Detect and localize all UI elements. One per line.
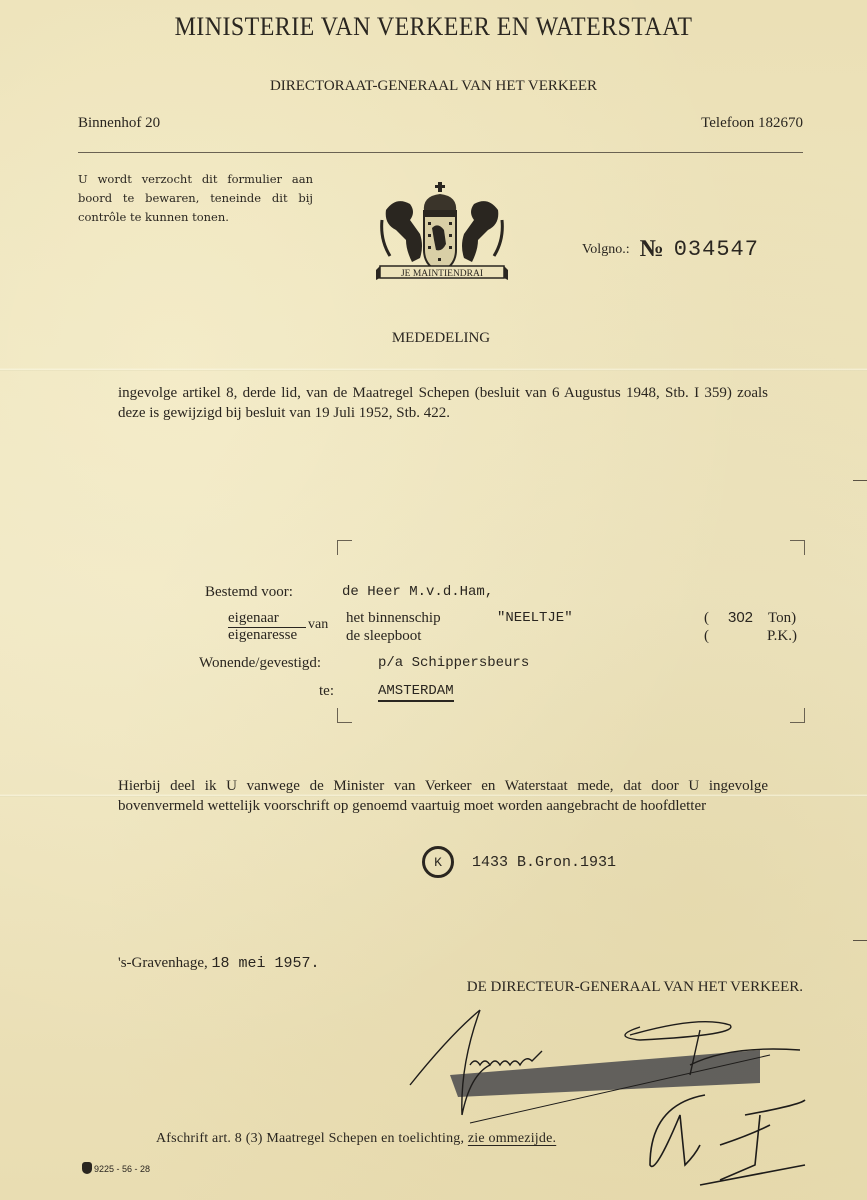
paren-open: (: [704, 628, 709, 645]
power-unit: P.K.): [767, 628, 797, 645]
city-label: te:: [319, 683, 334, 700]
paper-fold: [0, 368, 867, 371]
date: 18 mei 1957.: [212, 955, 320, 972]
residence-label: Wonende/gevestigd:: [199, 655, 321, 672]
legal-basis-text: ingevolge artikel 8, derde lid, van de M…: [118, 383, 768, 423]
numero-icon: №: [640, 236, 664, 262]
corner-bracket: [337, 540, 352, 555]
city-value: AMSTERDAM: [378, 683, 454, 702]
destined-label: Bestemd voor:: [205, 584, 293, 601]
edge-mark: [853, 940, 867, 941]
see-reverse-link: zie ommezijde.: [468, 1131, 556, 1146]
of-label: van: [308, 617, 328, 633]
footnote: Afschrift art. 8 (3) Maatregel Schepen e…: [156, 1131, 556, 1147]
edge-mark: [853, 480, 867, 481]
paren-open: (: [704, 610, 709, 627]
vessel-type-barge: het binnenschip: [346, 610, 441, 627]
place-date: 's-Gravenhage, 18 mei 1957.: [118, 955, 320, 972]
crest-motto: JE MAINTIENDRAI: [401, 269, 483, 279]
directorate-subtitle: DIRECTORAAT-GENERAAL VAN HET VERKEER: [0, 78, 867, 95]
header-divider: [78, 152, 803, 153]
serial-number: Volgno.:№034547: [582, 236, 759, 263]
coat-of-arms-icon: JE MAINTIENDRAI: [376, 180, 508, 282]
printer-mark: 9225 - 56 - 28: [82, 1162, 150, 1174]
corner-bracket: [790, 540, 805, 555]
footnote-text: Afschrift art. 8 (3) Maatregel Schepen e…: [156, 1131, 468, 1146]
signature-icon: [400, 1005, 820, 1195]
printer-crest-icon: [82, 1162, 92, 1174]
destined-value: de Heer M.v.d.Ham,: [342, 584, 493, 600]
owner-label: eigenaar: [228, 610, 306, 628]
printer-code: 9225 - 56 - 28: [94, 1164, 150, 1174]
registration-mark: 1433 B.Gron.1931: [472, 854, 616, 871]
corner-bracket: [337, 708, 352, 723]
keep-aboard-notice: U wordt verzocht dit formulier aan boord…: [78, 170, 313, 227]
document-heading: MEDEDELING: [0, 330, 867, 347]
corner-bracket: [790, 708, 805, 723]
vessel-type-tug: de sleepboot: [346, 628, 421, 645]
notification-text: Hierbij deel ik U vanwege de Minister va…: [118, 776, 768, 816]
serial-label: Volgno.:: [582, 242, 630, 257]
telephone: Telefoon 182670: [701, 115, 803, 132]
signatory-title: DE DIRECTEUR-GENERAAL VAN HET VERKEER.: [467, 979, 803, 996]
tonnage-value: 302: [728, 609, 753, 626]
ministry-title: MINISTERIE VAN VERKEER EN WATERSTAAT: [35, 12, 833, 42]
tonnage-unit: Ton): [768, 610, 796, 627]
place: 's-Gravenhage,: [118, 955, 208, 971]
owner-female-label: eigenaresse: [228, 627, 297, 644]
serial-value: 034547: [674, 237, 759, 262]
letter-circle: K: [422, 846, 454, 878]
residence-value: p/a Schippersbeurs: [378, 655, 529, 671]
vessel-name: "NEELTJE": [497, 610, 573, 626]
address: Binnenhof 20: [78, 115, 160, 132]
